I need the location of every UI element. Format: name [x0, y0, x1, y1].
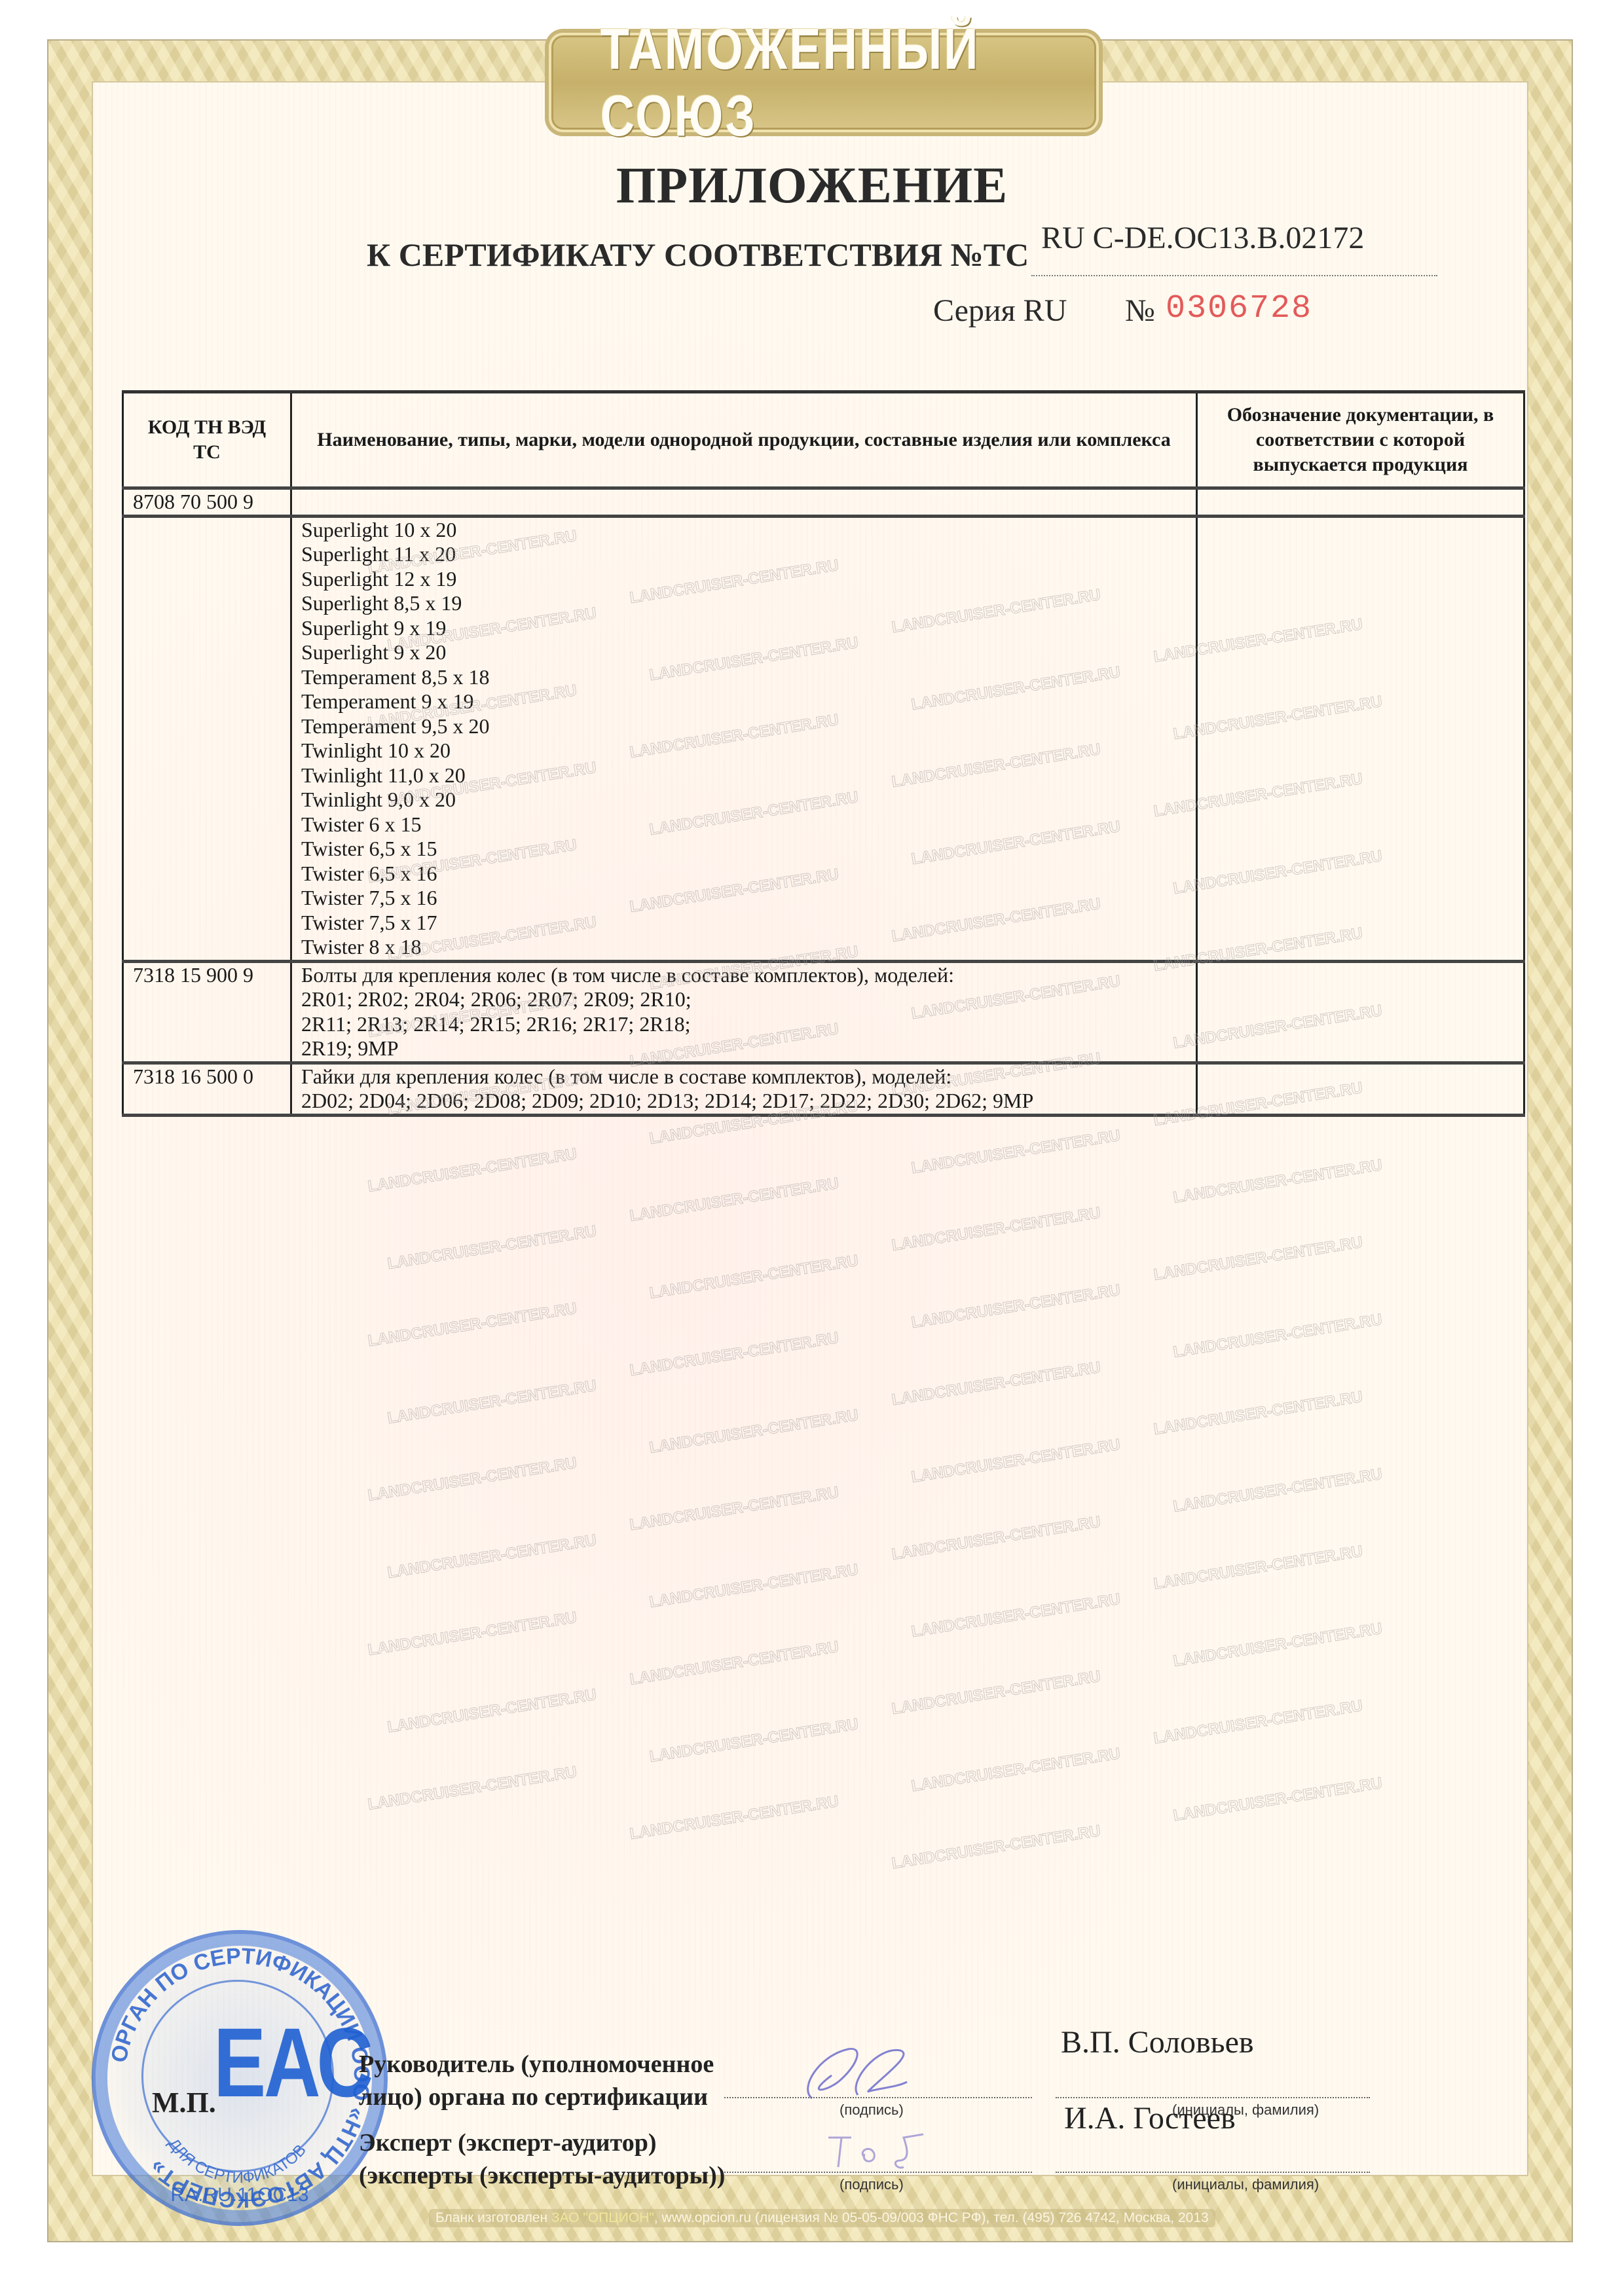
footer-prefix: Бланк изготовлен [435, 2210, 551, 2225]
series-label: Серия RU [933, 293, 1067, 329]
product-item: Twister 6,5 x 16 [301, 862, 1187, 886]
expert-name: И.А. Гостеев [1064, 2100, 1236, 2136]
series-number: 0306728 [1166, 290, 1312, 327]
head-role-label: Руководитель (уполномоченное лицо) орган… [359, 2048, 714, 2113]
footer-rest: , www.opcion.ru (лицензия № 05-05-09/003… [654, 2210, 1209, 2225]
product-item: Superlight 9 x 20 [301, 640, 1187, 665]
blank-printer-note: Бланк изготовлен ЗАО "ОПЦИОН", www.opcio… [429, 2209, 1215, 2227]
product-item: Twister 6,5 x 15 [301, 837, 1187, 862]
head-signature-caption: (подпись) [840, 2102, 904, 2119]
product-item: Гайки для крепления колес (в том числе в… [301, 1065, 1187, 1089]
cell-product-names [291, 488, 1197, 517]
cell-code: 7318 15 900 9 [123, 961, 291, 1063]
column-header-name: Наименование, типы, марки, модели одноро… [291, 392, 1197, 488]
column-header-code: КОД ТН ВЭД ТС [123, 392, 291, 488]
certificate-number: RU C-DE.OC13.B.02172 [1041, 220, 1364, 256]
product-item: 2R11; 2R13; 2R14; 2R15; 2R16; 2R17; 2R18… [301, 1012, 1187, 1037]
footer-brand: ЗАО "ОПЦИОН" [551, 2210, 654, 2225]
product-item: 2R01; 2R02; 2R04; 2R06; 2R07; 2R09; 2R10… [301, 987, 1187, 1012]
cell-documentation [1197, 488, 1524, 517]
product-item: Twinlight 9,0 x 20 [301, 788, 1187, 812]
stamp-registration-number: RA.RU.11ОС13 [170, 2184, 308, 2206]
table-header-row: КОД ТН ВЭД ТС Наименование, типы, марки,… [123, 392, 1524, 488]
product-item: Twister 7,5 x 17 [301, 911, 1187, 936]
table-body: 8708 70 500 9 Superlight 10 x 20Superlig… [123, 488, 1524, 1116]
product-item: Superlight 12 x 19 [301, 567, 1187, 592]
column-header-documentation: Обозначение документации, в соответствии… [1197, 392, 1524, 488]
cell-product-names: Superlight 10 x 20Superlight 11 x 20Supe… [291, 516, 1197, 961]
cell-code [123, 516, 291, 961]
product-item: Twister 8 x 18 [301, 935, 1187, 960]
certificate-number-underline [1031, 275, 1437, 276]
head-name-line [1056, 2097, 1370, 2098]
product-item: 2D02; 2D04; 2D06; 2D08; 2D09; 2D10; 2D13… [301, 1089, 1187, 1114]
product-item: Superlight 11 x 20 [301, 542, 1187, 567]
head-signature-line [724, 2097, 1032, 2098]
product-item: Temperament 9,5 x 20 [301, 714, 1187, 739]
cell-documentation [1197, 1063, 1524, 1115]
expert-signature-caption: (подпись) [840, 2176, 904, 2193]
product-item: Superlight 9 x 19 [301, 616, 1187, 641]
head-name: В.П. Соловьев [1061, 2024, 1254, 2060]
expert-name-caption: (инициалы, фамилия) [1172, 2176, 1319, 2193]
page-title: ПРИЛОЖЕНИЕ [0, 156, 1624, 215]
product-specification-table: КОД ТН ВЭД ТС Наименование, типы, марки,… [122, 390, 1525, 1117]
certificate-line-label: К СЕРТИФИКАТУ СООТВЕТСТВИЯ №ТС [367, 236, 1029, 274]
table-row: Superlight 10 x 20Superlight 11 x 20Supe… [123, 516, 1524, 961]
certification-body-stamp: ОРГАН ПО СЕРТИФИКАЦИИ ООО «НТЦ АВТОЭКСПЕ… [92, 1930, 388, 2226]
product-item: Twinlight 11,0 x 20 [301, 763, 1187, 788]
product-item: Temperament 8,5 x 18 [301, 665, 1187, 690]
head-role-line-1: Руководитель (уполномоченное [359, 2048, 714, 2081]
cell-documentation [1197, 961, 1524, 1063]
expert-role-line-2: (эксперты (эксперты-аудиторы)) [359, 2159, 725, 2192]
product-item: Twister 7,5 x 16 [301, 886, 1187, 911]
table-row: 7318 15 900 9Болты для крепления колес (… [123, 961, 1524, 1063]
cell-documentation [1197, 516, 1524, 961]
expert-role-label: Эксперт (эксперт-аудитор) (эксперты (экс… [359, 2126, 725, 2192]
product-item: Twister 6 x 15 [301, 812, 1187, 837]
product-item: Superlight 10 x 20 [301, 518, 1187, 543]
eac-logo: ЕАС [213, 2006, 371, 2119]
table-row: 8708 70 500 9 [123, 488, 1524, 517]
seal-place-label: М.П. [152, 2086, 216, 2119]
cell-product-names: Болты для крепления колес (в том числе в… [291, 961, 1197, 1063]
expert-role-line-1: Эксперт (эксперт-аудитор) [359, 2126, 725, 2159]
product-item: 2R19; 9MP [301, 1036, 1187, 1061]
cell-code: 8708 70 500 9 [123, 488, 291, 517]
product-item: Болты для крепления колес (в том числе в… [301, 963, 1187, 988]
customs-union-title: ТАМОЖЕННЫЙ СОЮЗ [600, 16, 1047, 149]
table-row: 7318 16 500 0Гайки для крепления колес (… [123, 1063, 1524, 1115]
cell-code: 7318 16 500 0 [123, 1063, 291, 1115]
product-item: Twinlight 10 x 20 [301, 738, 1187, 763]
head-role-line-2: лицо) органа по сертификации [359, 2081, 714, 2113]
customs-union-badge: ТАМОЖЕННЫЙ СОЮЗ [549, 33, 1099, 132]
expert-name-line [1056, 2172, 1370, 2173]
expert-signature [819, 2121, 950, 2174]
product-item: Temperament 9 x 19 [301, 689, 1187, 714]
product-item: Superlight 8,5 x 19 [301, 591, 1187, 616]
cell-product-names: Гайки для крепления колес (в том числе в… [291, 1063, 1197, 1115]
expert-signature-line [724, 2172, 1032, 2173]
series-number-sign: № [1125, 293, 1155, 329]
